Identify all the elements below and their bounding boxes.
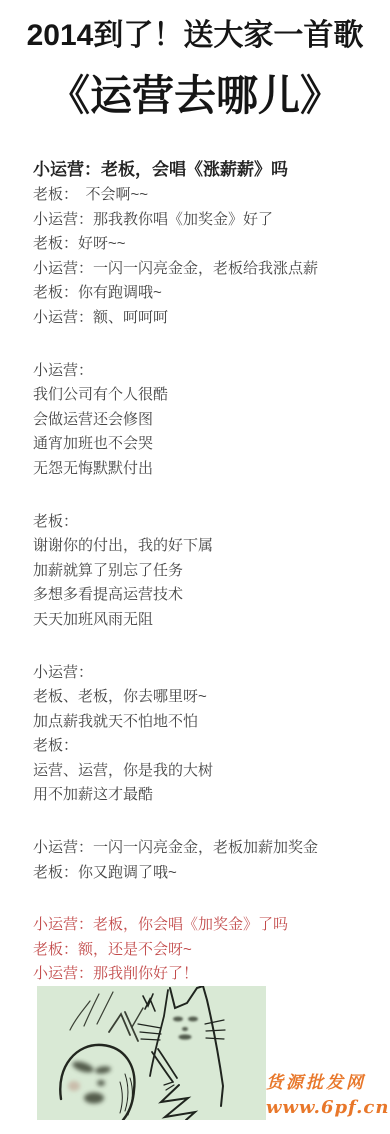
- page: 2014到了！送大家一首歌 《运营去哪儿》 小运营：老板，会唱《涨薪薪》吗老板：…: [0, 0, 390, 1134]
- lyric-line: 老板：你有跑调哦~: [33, 281, 383, 306]
- lyric-line: 老板：额，还是不会呀~: [33, 938, 383, 963]
- lyric-line: 老板： 不会啊~~: [33, 183, 383, 208]
- lyric-line: 老板：你又跑调了哦~: [33, 861, 383, 886]
- blank-line: [33, 885, 383, 913]
- meme-background: [37, 986, 266, 1120]
- lyric-line: 小运营：老板，你会唱《加奖金》了吗: [33, 913, 383, 938]
- lyrics: 小运营：老板，会唱《涨薪薪》吗老板： 不会啊~~小运营：那我教你唱《加奖金》好了…: [33, 157, 383, 987]
- lyric-line: 加点薪我就天不怕地不怕: [33, 710, 383, 735]
- lyric-line: 用不加薪这才最酷: [33, 783, 383, 808]
- lyric-line: 谢谢你的付出，我的好下属: [33, 534, 383, 559]
- lyric-line: 小运营：一闪一闪亮金金，老板给我涨点薪: [33, 257, 383, 282]
- lyric-line: 会做运营还会修图: [33, 408, 383, 433]
- lyric-line: 小运营：那我教你唱《加奖金》好了: [33, 208, 383, 233]
- lyric-line: 小运营：额、呵呵呵: [33, 306, 383, 331]
- lyric-line: 我们公司有个人很酷: [33, 383, 383, 408]
- lyric-line: 小运营：老板，会唱《涨薪薪》吗: [33, 157, 383, 183]
- lyric-line: 老板、老板，你去哪里呀~: [33, 685, 383, 710]
- watermark-url: www.6pf.cn: [266, 1096, 390, 1120]
- lyric-line: 小运营：那我削你好了！: [33, 962, 383, 987]
- lyric-line: 小运营：一闪一闪亮金金，老板加薪加奖金: [33, 836, 383, 861]
- lyric-line: 加薪就算了别忘了任务: [33, 559, 383, 584]
- watermark: 货源批发网 www.6pf.cn: [266, 1070, 390, 1120]
- lyric-line: 运营、运营，你是我的大树: [33, 759, 383, 784]
- blank-line: [33, 633, 383, 661]
- lyric-line: 老板：: [33, 510, 383, 535]
- watermark-site-name: 货源批发网: [266, 1070, 390, 1096]
- lyric-line: 无怨无悔默默付出: [33, 457, 383, 482]
- lyric-line: 老板：: [33, 734, 383, 759]
- lyric-line: 老板：好呀~~: [33, 232, 383, 257]
- lyric-line: 通宵加班也不会哭: [33, 432, 383, 457]
- lyric-line: 多想多看提高运营技术: [33, 583, 383, 608]
- lyric-line: 小运营：: [33, 661, 383, 686]
- blank-line: [33, 331, 383, 359]
- blank-line: [33, 808, 383, 836]
- page-title: 2014到了！送大家一首歌: [0, 17, 390, 55]
- blank-line: [33, 482, 383, 510]
- song-title: 《运营去哪儿》: [0, 68, 390, 124]
- meme-image: [37, 986, 266, 1120]
- lyric-line: 天天加班风雨无阻: [33, 608, 383, 633]
- lyric-line: 小运营：: [33, 359, 383, 384]
